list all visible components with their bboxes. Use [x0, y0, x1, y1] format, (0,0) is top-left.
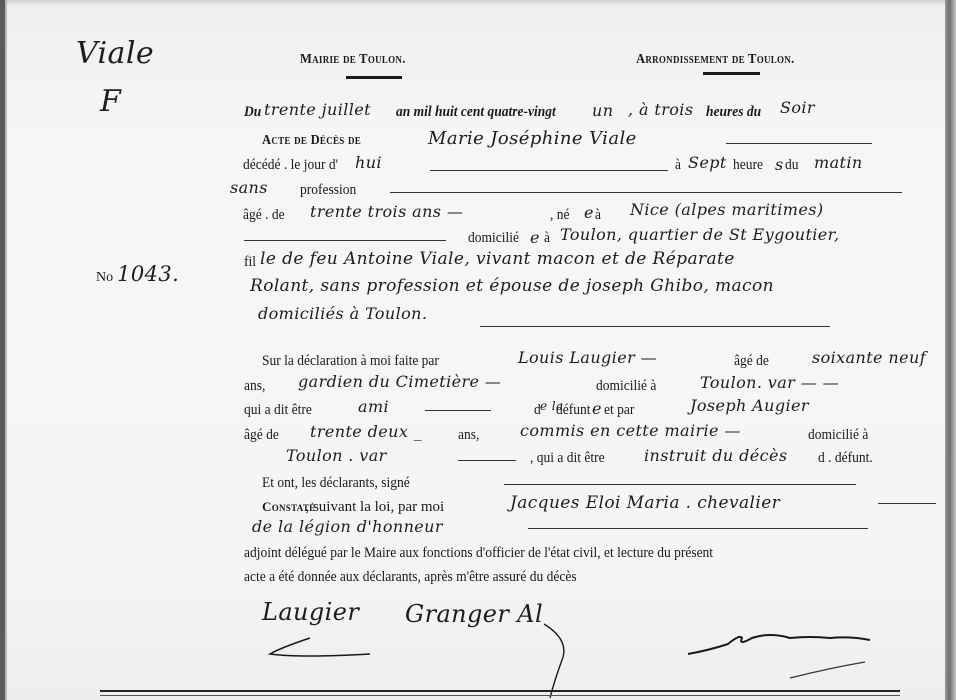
header-arrondissement: Arrondissement de Toulon.: [636, 52, 794, 68]
line6-residence: Toulon, quartier de St Eygoutier,: [560, 225, 839, 244]
decl5-instruit: instruit du décès: [644, 446, 787, 465]
rule: [726, 143, 872, 144]
bottom-rule: [100, 690, 900, 692]
decl4-age-value: trente deux _: [310, 422, 422, 441]
decl3-defunt: défunt: [556, 402, 590, 419]
line3-decede: décédé . le jour d': [243, 157, 338, 174]
line3-du: du: [785, 157, 799, 174]
decl2-occupation: gardien du Cimetière —: [298, 372, 501, 391]
rule: [390, 192, 902, 193]
line3-s: s: [775, 155, 784, 174]
line1-soir: Soir: [780, 98, 815, 117]
record-number-value: 1043.: [117, 262, 179, 286]
line5-e: e: [584, 203, 594, 222]
scan-left-border-inner: [5, 0, 7, 700]
header-mairie: Mairie de Toulon.: [300, 52, 406, 68]
line4-profession: profession: [300, 182, 356, 199]
line5-ne: , né: [550, 207, 570, 224]
bottom-rule-2: [100, 695, 900, 696]
decl3-ami: ami: [358, 397, 389, 416]
signature-laugier: Laugier: [262, 598, 359, 626]
decl5-defunt: d . défunt.: [818, 450, 873, 467]
line7-parents: le de feu Antoine Viale, vivant macon et…: [260, 249, 735, 269]
signature-officer: [680, 624, 880, 684]
header-arrondissement-underline: [703, 72, 760, 75]
scan-top-edge: [0, 0, 956, 6]
closing-acte-line: acte a été donnée aux déclarants, après …: [244, 569, 577, 586]
officer-name: Jacques Eloi Maria . chevalier: [510, 493, 780, 513]
decl1-age: âgé de: [734, 353, 769, 370]
line1-year-text: an mil huit cent quatre-vingt: [396, 104, 556, 121]
rule: [504, 484, 856, 485]
decl2-residence: Toulon. var — —: [700, 373, 839, 392]
decl4-domicilie: domicilié à: [808, 427, 868, 444]
line5-age-value: trente trois ans —: [310, 202, 463, 221]
scan-right-border: [945, 0, 956, 700]
signature-flourish-1: [260, 630, 380, 660]
officer-name-cont: de la légion d'honneur: [252, 517, 443, 536]
rule: [458, 460, 516, 461]
decl1-age-value: soixante neuf: [812, 348, 926, 367]
rule: [425, 410, 491, 411]
line5-a: à: [595, 207, 601, 224]
document-page: Viale F No 1043. Mairie de Toulon. Arron…: [0, 0, 956, 700]
line6-a: à: [544, 230, 550, 247]
record-number-prefix: No: [96, 270, 113, 285]
line3-sept: Sept: [688, 153, 727, 172]
line6-domicilie: domicilié: [468, 230, 519, 247]
line5-birthplace: Nice (alpes maritimes): [630, 200, 823, 219]
line3-a: à: [675, 157, 681, 174]
line6-e: e: [530, 228, 540, 247]
decl1-declarant1: Louis Laugier —: [518, 348, 657, 367]
header-mairie-underline: [346, 76, 402, 79]
closing-constate: Constaté, suivant la loi, par moi: [262, 498, 444, 516]
line8-mother: Rolant, sans profession et épouse de jos…: [250, 276, 774, 296]
decl5-text: , qui a dit être: [530, 450, 605, 467]
rule: [430, 170, 668, 171]
line4-sans: sans: [230, 178, 268, 197]
line1-day: trente juillet: [264, 100, 371, 119]
margin-sex-marker: F: [100, 84, 121, 119]
line3-hui: hui: [355, 153, 382, 172]
signature-granger: Granger Al: [405, 600, 543, 628]
decl2-ans: ans,: [244, 378, 265, 395]
line9-domicile: domiciliés à Toulon.: [258, 304, 427, 323]
acte-de-deces-label: Acte de Décès de: [262, 133, 361, 149]
decl3-etpar: et par: [604, 402, 634, 419]
decl4-ans: ans,: [458, 427, 479, 444]
decl3-e: e: [592, 399, 602, 418]
margin-surname: Viale: [76, 36, 154, 71]
line7-fil: fil: [244, 254, 256, 271]
record-number: No 1043.: [96, 262, 179, 286]
decl3-declarant2: Joseph Augier: [690, 396, 809, 415]
line1-hour: , à trois: [628, 100, 693, 119]
rule: [528, 528, 868, 529]
line1-year-hand: un: [592, 101, 613, 120]
signature-flourish-2: [540, 620, 580, 700]
decl4-occupation: commis en cette mairie —: [520, 421, 741, 440]
rule: [480, 326, 830, 327]
line1-du: Du: [244, 104, 261, 121]
line1-heures-du: heures du: [706, 104, 761, 121]
decl5-residence: Toulon . var: [286, 446, 387, 465]
constate-text: , suivant la loi, par moi: [305, 499, 444, 515]
closing-adjoint-line: adjoint délégué par le Maire aux fonctio…: [244, 545, 713, 562]
line3-heure: heure: [733, 157, 763, 174]
decl2-domicilie: domicilié à: [596, 378, 656, 395]
rule: [878, 503, 936, 504]
decl4-age: âgé de: [244, 427, 279, 444]
line3-matin: matin: [814, 153, 863, 172]
line5-age: âgé . de: [243, 207, 285, 224]
decl3-relation: qui a dit être: [244, 402, 312, 419]
deceased-name: Marie Joséphine Viale: [428, 128, 637, 149]
decl1-text: Sur la déclaration à moi faite par: [262, 353, 439, 370]
closing-signed: Et ont, les déclarants, signé: [262, 475, 410, 492]
rule: [244, 240, 446, 241]
